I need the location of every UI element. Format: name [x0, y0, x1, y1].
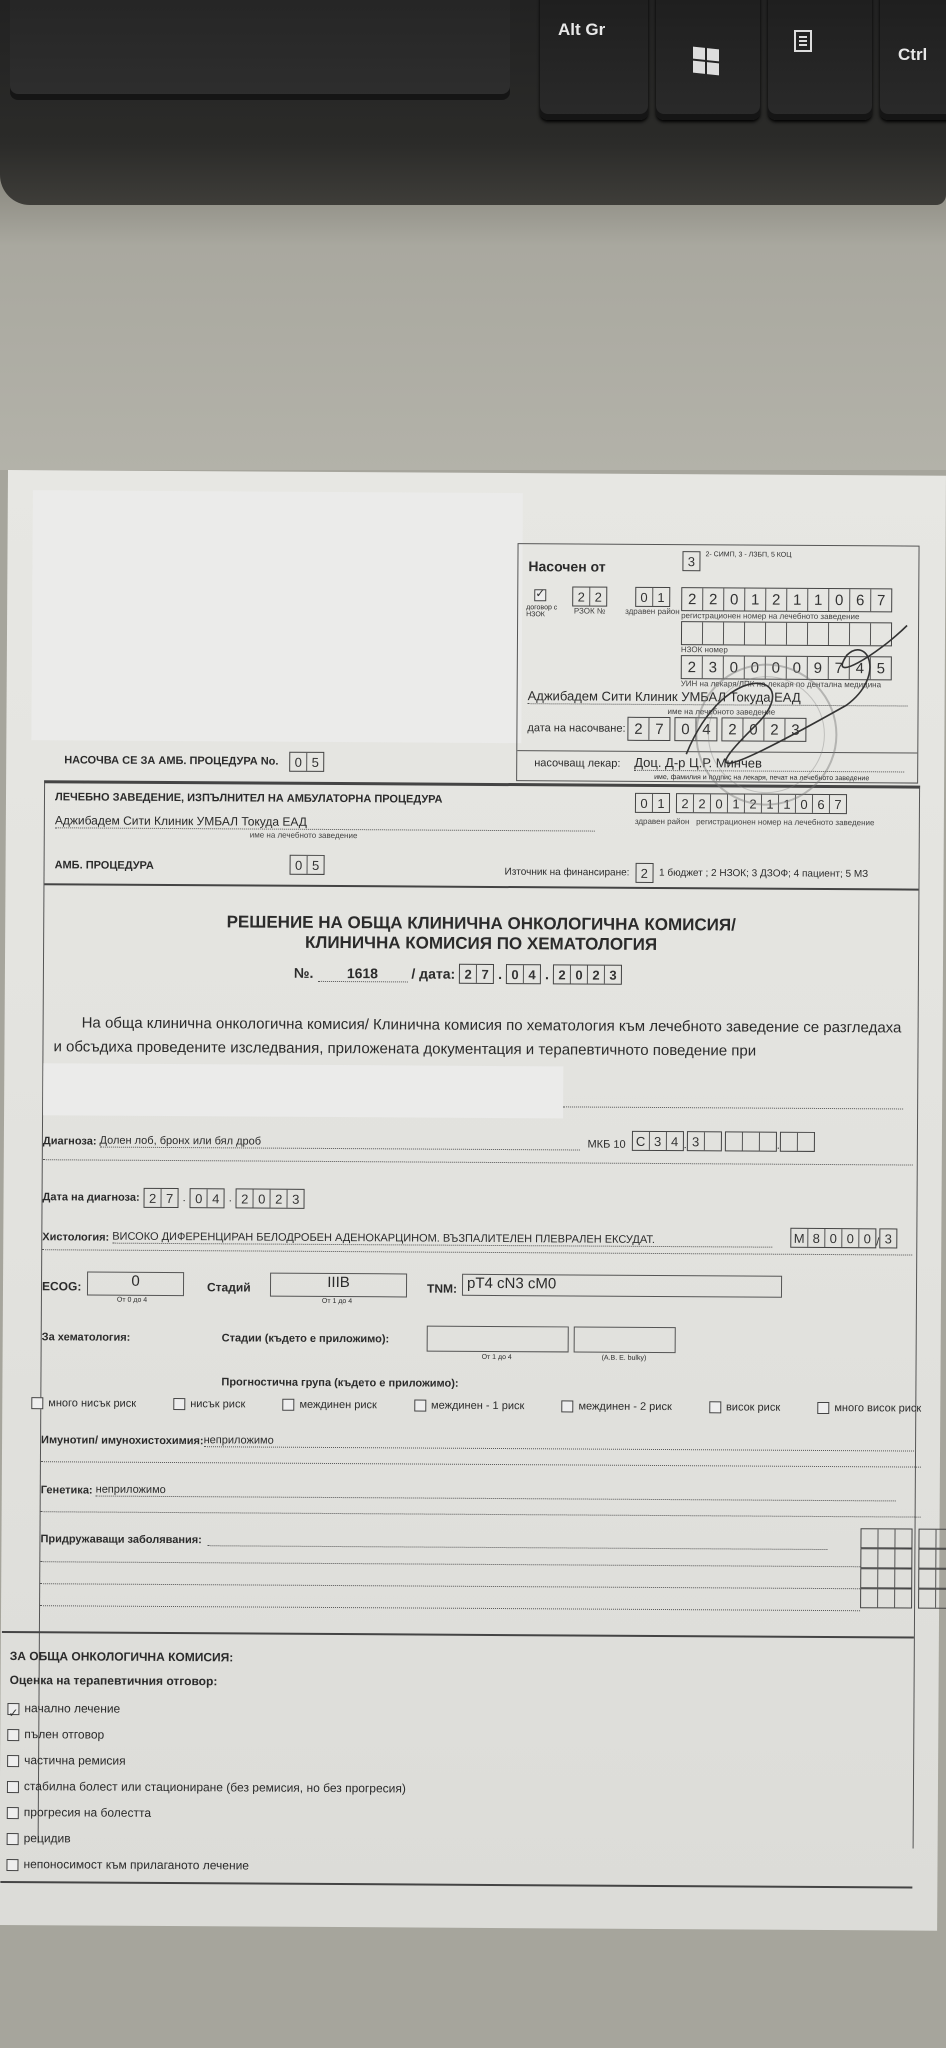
immuno-value: неприложимо: [204, 1434, 914, 1451]
month-box: 04: [190, 1188, 225, 1208]
diagnosis-row: Диагноза: Долен лоб, бронх или бял дроб …: [43, 1127, 815, 1152]
executor-codes-caption: здравен район регистрационен номер на ле…: [635, 817, 875, 827]
code-box: [918, 1529, 946, 1549]
digit-cell[interactable]: 4: [524, 965, 540, 983]
option-label: много висок риск: [834, 1402, 921, 1415]
therapy-response-option[interactable]: прогресия на болестта: [7, 1799, 406, 1827]
key-label: Alt Gr: [558, 20, 605, 40]
hematology-row: За хематология: Стадии (където е приложи…: [42, 1323, 912, 1368]
comorbidities-line[interactable]: [208, 1545, 828, 1550]
amb-procedure-label: АМБ. ПРОЦЕДУРА: [55, 859, 154, 872]
referring-doctor-label: насочващ лекар:: [534, 757, 620, 770]
option-label: начално лечение: [24, 1701, 120, 1716]
code-cell[interactable]: [861, 1549, 878, 1567]
immuno-label: Имунотип/ имунохистохимия:: [41, 1434, 204, 1447]
checkbox[interactable]: [7, 1781, 19, 1793]
digit-cell[interactable]: С: [633, 1132, 650, 1150]
checkbox[interactable]: [173, 1398, 185, 1410]
decision-number-label: №.: [294, 965, 314, 981]
option-label: рецидив: [24, 1831, 71, 1845]
mkb-extra-box: [725, 1131, 777, 1151]
divider: [44, 883, 918, 890]
prognostic-options: много нисък рискнисък рискмеждинен рискм…: [31, 1397, 921, 1415]
key-windows: [656, 0, 760, 120]
digit-cell[interactable]: 3: [880, 1229, 896, 1247]
referral-date-label: дата на насочване:: [527, 722, 625, 735]
option-label: междинен - 1 риск: [431, 1400, 524, 1413]
divider-dotted: [40, 1561, 860, 1567]
rzok-number: 22 РЗОК №: [572, 586, 607, 615]
prognostic-option[interactable]: нисък риск: [173, 1398, 245, 1411]
referred-by-title: Насочен от: [528, 558, 605, 574]
redacted-area: [31, 490, 523, 743]
spacebar-key: [10, 0, 510, 100]
mkb-sub-box: 3: [687, 1131, 722, 1151]
main-form: ЛЕЧЕБНО ЗАВЕДЕНИЕ, ИЗПЪЛНИТЕЛ НА АМБУЛАТ…: [38, 780, 920, 1848]
option-label: висок риск: [726, 1401, 780, 1413]
digit-cell[interactable]: 2: [237, 1189, 254, 1207]
redacted-patient: [43, 1063, 563, 1118]
therapy-response-label: Оценка на терапевтичния отговор:: [10, 1673, 218, 1688]
checkbox[interactable]: [7, 1807, 19, 1819]
histology-label: Хистология:: [42, 1231, 109, 1243]
option-label: много нисък риск: [48, 1397, 136, 1410]
digit-cell[interactable]: 2: [145, 1189, 162, 1207]
hematology-stage-range: От 1 до 4: [482, 1354, 512, 1361]
ecog-value: 0: [87, 1271, 184, 1296]
prognostic-option[interactable]: висок риск: [709, 1401, 780, 1414]
code-box: [860, 1528, 912, 1548]
digit-cell[interactable]: М: [791, 1229, 808, 1247]
key-label: Ctrl: [898, 45, 927, 65]
digit-cell[interactable]: 0: [291, 856, 308, 874]
divider-dotted: [40, 1583, 860, 1589]
option-label: междинен - 2 риск: [578, 1401, 671, 1414]
funding-legend: 1 бюджет ; 2 НЗОК; 3 ДЗОФ; 4 пациент; 5 …: [659, 868, 868, 880]
code-box: [918, 1569, 946, 1589]
checkbox[interactable]: [414, 1400, 426, 1412]
digit-cell[interactable]: 3: [605, 966, 621, 984]
checkbox[interactable]: [561, 1400, 573, 1412]
stamp-and-signature: [646, 594, 927, 816]
code-cell[interactable]: [861, 1529, 878, 1547]
checkbox[interactable]: [7, 1755, 19, 1767]
stage-range: От 1 до 4: [322, 1298, 352, 1305]
digit-cell[interactable]: 0: [571, 965, 588, 983]
executor-name-caption: име на лечебното заведение: [250, 830, 358, 840]
digit-cell[interactable]: 0: [859, 1229, 875, 1247]
funding-label: Източник на финансиране:: [505, 867, 630, 879]
digit-cell[interactable]: [726, 1132, 743, 1150]
option-label: нисък риск: [190, 1398, 245, 1410]
code-cell[interactable]: [919, 1590, 936, 1608]
referrer-type-legend: 2- СИМП, 3 - ЛЗБП, 5 КОЦ: [705, 551, 791, 559]
executor-label: ЛЕЧЕБНО ЗАВЕДЕНИЕ, ИЗПЪЛНИТЕЛ НА АМБУЛАТ…: [55, 791, 443, 805]
digit-cell[interactable]: 8: [808, 1229, 825, 1247]
contract-checkbox[interactable]: [534, 589, 546, 601]
digit-cell[interactable]: [760, 1133, 776, 1151]
prognostic-option[interactable]: много нисък риск: [31, 1397, 136, 1410]
hematology-extra-caption: (A.B. E. bulky): [602, 1355, 647, 1362]
therapy-response-option[interactable]: рецидив: [7, 1825, 406, 1853]
divider: [0, 1881, 912, 1889]
histology-suffix-box: 3: [879, 1228, 897, 1248]
option-label: пълен отговор: [24, 1727, 104, 1741]
diagnosis-date-label: Дата на диагноза:: [43, 1191, 140, 1204]
option-label: стабилна болест или стациониране (без ре…: [24, 1779, 406, 1795]
digit-cell[interactable]: 2: [573, 587, 590, 605]
ecog-range: От 0 до 4: [117, 1297, 147, 1304]
divider-dotted: [41, 1461, 921, 1467]
divider-dotted: [41, 1511, 921, 1517]
digit-cell[interactable]: 2: [554, 965, 571, 983]
decision-title-line2: КЛИНИЧНА КОМИСИЯ ПО ХЕМАТОЛОГИЯ: [44, 931, 918, 956]
option-label: междинен риск: [299, 1399, 376, 1411]
day-box: 27: [459, 964, 494, 984]
month-box: 04: [506, 964, 541, 984]
code-cell[interactable]: [861, 1569, 878, 1587]
code-box: [860, 1588, 912, 1608]
histology-code-box: М8000: [790, 1228, 876, 1249]
code-cell[interactable]: [878, 1569, 895, 1587]
mkb-extra2-box: [780, 1132, 815, 1152]
funding-source: Източник на финансиране: 2 1 бюджет ; 2 …: [504, 862, 868, 884]
comorbidities-row: Придружаващи заболявания:: [40, 1533, 827, 1550]
code-cell[interactable]: [919, 1530, 936, 1548]
divider-dotted: [40, 1605, 860, 1611]
genetics-row: Генетика: неприложимо: [41, 1483, 896, 1501]
year-box: 2023: [236, 1188, 305, 1208]
code-box: [860, 1548, 912, 1568]
digit-cell[interactable]: 0: [825, 1229, 842, 1247]
hematology-stages-label: Стадии (където е приложимо):: [222, 1332, 390, 1345]
therapy-response-option[interactable]: пълен отговор: [7, 1721, 406, 1749]
contract-label: договор с НЗОК: [526, 604, 566, 618]
digit-cell[interactable]: 0: [507, 965, 524, 983]
checkbox[interactable]: [7, 1833, 19, 1845]
digit-cell[interactable]: 3: [650, 1132, 667, 1150]
stage-value: IIIB: [270, 1273, 407, 1298]
prognostic-option[interactable]: междинен риск: [282, 1399, 376, 1412]
digit-cell[interactable]: 0: [842, 1229, 859, 1247]
funding-value-box: 2: [635, 863, 653, 883]
year-box: 2023: [553, 964, 622, 984]
prognostic-label: Прогностична група (където е приложимо):: [221, 1376, 458, 1389]
code-cell[interactable]: [878, 1589, 895, 1607]
windows-icon: [693, 47, 719, 76]
divider-dotted: [43, 1159, 913, 1165]
amb-procedure-number: 05: [290, 855, 325, 875]
genetics-label: Генетика:: [41, 1484, 93, 1496]
digit-cell[interactable]: [781, 1133, 798, 1151]
digit-cell[interactable]: 5: [308, 856, 324, 874]
referrer-type-value: 3: [683, 552, 699, 570]
menu-icon: [794, 30, 812, 52]
code-box: [918, 1549, 946, 1569]
option-label: частична ремисия: [24, 1753, 126, 1768]
tnm-label: TNM:: [427, 1282, 457, 1296]
nzok-contract: договор с НЗОК: [526, 586, 566, 618]
code-cell[interactable]: [936, 1590, 946, 1608]
checkbox[interactable]: [31, 1397, 43, 1409]
digit-cell[interactable]: 0: [191, 1189, 208, 1207]
checkbox[interactable]: [817, 1402, 829, 1414]
key-altgr: Alt Gr: [540, 0, 648, 120]
decision-number-date: №. 1618 / дата: 27.04.2023: [294, 963, 622, 985]
patient-line: [563, 1106, 903, 1109]
genetics-value: неприложимо: [96, 1484, 896, 1502]
intro-paragraph: На обща клинична онкологична комисия/ Кл…: [53, 1011, 903, 1064]
immuno-row: Имунотип/ имунохистохимия: неприложимо: [41, 1433, 914, 1451]
digit-cell[interactable]: 2: [460, 965, 477, 983]
divider: [2, 1631, 914, 1639]
code-cell[interactable]: [895, 1589, 911, 1607]
funding-value: 2: [636, 864, 652, 882]
therapy-response-options: начално лечениепълен отговорчастична рем…: [6, 1695, 406, 1879]
comorbidity-code-grid: [860, 1528, 946, 1609]
decision-number: 1618: [317, 964, 407, 982]
code-cell[interactable]: [895, 1549, 911, 1567]
checkbox[interactable]: [7, 1703, 19, 1715]
checkbox[interactable]: [709, 1401, 721, 1413]
comorbidities-label: Придружаващи заболявания:: [40, 1533, 201, 1546]
diagnosis-label: Диагноза:: [43, 1135, 97, 1147]
digit-cell[interactable]: 2: [271, 1190, 288, 1208]
ecog-label: ECOG:: [42, 1279, 81, 1293]
prognostic-option[interactable]: междинен - 1 риск: [414, 1399, 524, 1412]
code-cell[interactable]: [919, 1570, 936, 1588]
key-menu: [768, 0, 872, 120]
rzok-label: РЗОК №: [572, 606, 607, 615]
digit-cell[interactable]: 4: [667, 1132, 683, 1150]
digit-cell[interactable]: 0: [290, 753, 307, 771]
decision-title: РЕШЕНИЕ НА ОБЩА КЛИНИЧНА ОНКОЛОГИЧНА КОМ…: [44, 911, 918, 956]
code-cell[interactable]: [895, 1529, 911, 1547]
decision-date-label: / дата:: [411, 965, 455, 981]
hematology-stage-field[interactable]: [427, 1326, 569, 1353]
executor-name: Аджибадем Сити Клиник УМБАЛ Токуда ЕАД: [55, 813, 595, 831]
code-cell[interactable]: [895, 1569, 911, 1587]
digit-cell[interactable]: [743, 1133, 760, 1151]
prognostic-option[interactable]: много висок риск: [817, 1402, 921, 1415]
digit-cell[interactable]: 0: [254, 1190, 271, 1208]
code-cell[interactable]: [936, 1550, 946, 1568]
referrer-type-box: 3: [682, 551, 700, 571]
stage-label: Стадий: [207, 1280, 251, 1294]
rzok-box: 22: [572, 586, 607, 606]
oncology-committee-title: ЗА ОБЩА ОНКОЛОГИЧНА КОМИСИЯ:: [10, 1649, 234, 1664]
code-box: [918, 1589, 946, 1609]
digit-cell[interactable]: 3: [288, 1190, 304, 1208]
hematology-extra-field[interactable]: [574, 1326, 676, 1353]
diagnosis-value: Долен лоб, бронх или бял дроб: [99, 1135, 579, 1151]
digit-cell[interactable]: 5: [307, 753, 323, 771]
therapy-response-option[interactable]: частична ремисия: [7, 1747, 406, 1775]
day-box: 27: [144, 1188, 179, 1208]
key-ctrl: Ctrl: [880, 0, 946, 120]
code-box: [860, 1568, 912, 1588]
procedure-number: 05: [289, 752, 324, 772]
divider-dotted: [42, 1249, 912, 1255]
code-cell[interactable]: [861, 1589, 878, 1607]
histology-row: Хистология: ВИСОКО ДИФЕРЕНЦИРАН БЕЛОДРОБ…: [42, 1223, 897, 1248]
tnm-value: pT4 cN3 cM0: [462, 1274, 782, 1298]
code-cell[interactable]: [919, 1550, 936, 1568]
digit-cell[interactable]: 7: [477, 965, 493, 983]
digit-cell[interactable]: 2: [588, 966, 605, 984]
code-cell[interactable]: [936, 1570, 946, 1588]
checkbox[interactable]: [282, 1399, 294, 1411]
prognostic-option[interactable]: междинен - 2 риск: [561, 1400, 671, 1413]
checkbox[interactable]: [7, 1729, 19, 1741]
staging-row: ECOG: 0 От 0 до 4 Стадий IIIB От 1 до 4 …: [42, 1271, 912, 1316]
digit-cell[interactable]: 2: [590, 588, 606, 606]
histology-value: ВИСОКО ДИФЕРЕНЦИРАН БЕЛОДРОБЕН АДЕНОКАРЦ…: [112, 1231, 772, 1248]
hematology-label: За хематология:: [42, 1331, 131, 1344]
therapy-response-option[interactable]: стабилна болест или стациониране (без ре…: [7, 1773, 406, 1801]
procedure-referral-label: НАСОЧВА СЕ ЗА АМБ. ПРОЦЕДУРА No.: [64, 754, 278, 767]
keyboard: Alt Gr Ctrl: [0, 0, 946, 205]
diagnosis-date-row: Дата на диагноза: 27.04.2023: [42, 1187, 304, 1209]
therapy-response-option[interactable]: начално лечение: [7, 1695, 406, 1723]
option-label: непоносимост към прилаганото лечение: [23, 1857, 249, 1872]
code-cell[interactable]: [878, 1529, 895, 1547]
code-cell[interactable]: [936, 1530, 946, 1548]
mkb-label: МКБ 10: [587, 1139, 625, 1151]
code-cell[interactable]: [878, 1549, 895, 1567]
mkb-box: С34: [632, 1131, 684, 1151]
checkbox[interactable]: [6, 1859, 18, 1871]
digit-cell[interactable]: 3: [688, 1132, 705, 1150]
digit-cell[interactable]: [705, 1132, 721, 1150]
option-label: прогресия на болестта: [24, 1805, 151, 1820]
referral-form-paper: Насочен от 3 2- СИМП, 3 - ЛЗБП, 5 КОЦ до…: [0, 470, 946, 1931]
therapy-response-option[interactable]: непоносимост към прилаганото лечение: [6, 1851, 405, 1879]
digit-cell[interactable]: 4: [208, 1189, 224, 1207]
digit-cell[interactable]: [798, 1133, 814, 1151]
digit-cell[interactable]: 7: [162, 1189, 178, 1207]
